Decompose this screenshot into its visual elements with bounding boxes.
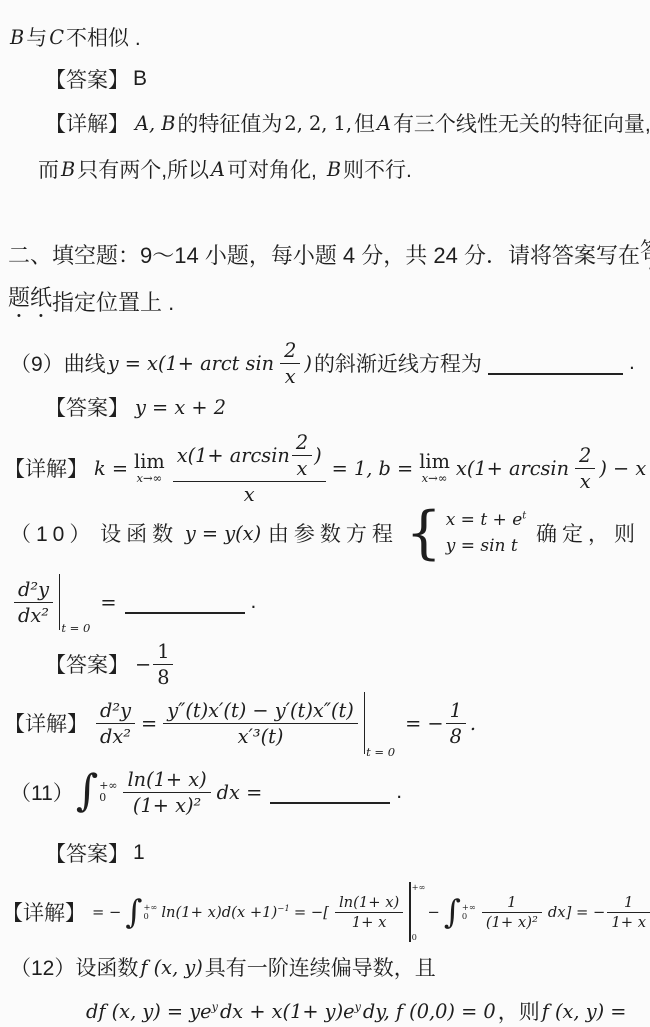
eval-bar: t = 0 [59, 574, 90, 630]
answer-value: y = x + 2 [135, 396, 226, 419]
answer-blank [270, 802, 390, 804]
fraction-numerator: ln(1+ x) [335, 894, 403, 912]
eval-bar-subscript: t = 0 [61, 621, 90, 635]
superscript: −1 [277, 904, 290, 914]
cn-fragment: ，则 [498, 996, 540, 1026]
integral-limits: +∞ 0 [99, 781, 117, 804]
fraction-numerator: ln(1+ x) [123, 768, 210, 792]
math-var: B [61, 158, 75, 181]
fraction: 2 x [575, 444, 595, 493]
cn-fragment: 设函数 [75, 952, 138, 982]
fraction-denominator: 1+ x [335, 912, 403, 931]
fraction: ln(1+ x) (1+ x)² [123, 768, 210, 817]
detail-label: 【详解】 [2, 897, 86, 927]
math-fragment: ) [304, 352, 312, 375]
question-9: （9） 曲线 y = x(1+ arct sin 2 x ) 的斜渐近线方程为 … [10, 336, 635, 390]
integral-symbol: ∫ [125, 896, 142, 929]
fraction-numerator: 2 [575, 444, 595, 468]
integral-symbol: ∫ [444, 896, 461, 929]
question-number: （9） [10, 348, 64, 378]
integral-limits: +∞ 0 [143, 903, 157, 920]
parametric-equations: { x = t + et y = sin t [406, 509, 529, 557]
question-number: （12） [10, 952, 75, 982]
math-var: A, B [135, 112, 175, 135]
superscript: y [212, 1000, 218, 1013]
limit-word: lim [134, 452, 165, 472]
fraction: y″(t)x′(t) − y′(t)x″(t) x′³(t) [163, 699, 358, 748]
answer-value: B [133, 67, 147, 91]
cn-fragment: 而 [38, 154, 59, 184]
math-num: 2, 2, 1, [284, 112, 352, 135]
math-fragment: ) − x = 2 . [599, 457, 650, 480]
section-title: 指定位置上 . [52, 286, 174, 317]
answer-label: 【答案】 [45, 392, 129, 422]
math-fragment: dy, f (0,0) = 0 [363, 1000, 496, 1023]
fraction: d²y dx² [14, 578, 53, 627]
cn-fragment: 有三个线性无关的特征向量, [393, 108, 650, 138]
fraction-denominator: dx² [14, 602, 53, 627]
fraction: 2 x [292, 431, 312, 480]
cn-fragment: 只有两个,所以 [77, 154, 209, 184]
fraction-denominator: dx² [96, 723, 135, 748]
cn-fragment: 则不行. [343, 154, 412, 184]
math-fragment: x(1+ arcsin [456, 457, 569, 480]
fraction: 1 1+ x [607, 894, 650, 931]
integral-lower: 0 [99, 793, 117, 804]
fraction: x(1+ arcsin 2 x ) x [173, 431, 326, 506]
detail-line-9: 【详解】 k = lim x→∞ x(1+ arcsin 2 x ) x = 1… [4, 432, 650, 504]
eval-bar: t = 0 [364, 692, 395, 754]
fraction-numerator: y″(t)x′(t) − y′(t)x″(t) [163, 699, 358, 723]
math-fragment: y = sin t [446, 536, 527, 556]
integral: ∫ +∞ 0 [76, 770, 118, 813]
integral-limits: +∞ 0 [462, 903, 476, 920]
math-fragment: k = [94, 457, 128, 480]
answer-blank [488, 373, 623, 375]
cases-rows: x = t + et y = sin t [444, 510, 529, 556]
cn-fragment: 的斜渐近线方程为 [314, 348, 482, 378]
fraction-denominator: x [292, 455, 312, 480]
math-var: A [377, 112, 391, 135]
detail-line-8a: 【详解】 A, B 的特征值为 2, 2, 1, 但 A 有三个线性无关的特征向… [45, 108, 650, 138]
cases-brace: { [406, 509, 442, 557]
document-page: B 与 C 不相似 . 【答案】 B 【详解】 A, B 的特征值为 2, 2,… [0, 0, 650, 1027]
integral-upper: +∞ [143, 903, 157, 911]
question-number: （10） [10, 518, 95, 548]
integral-symbol: ∫ [76, 770, 98, 813]
fraction-denominator: 8 [446, 723, 466, 748]
answer-label: 【答案】 [45, 649, 129, 679]
fraction-numerator: d²y [96, 699, 135, 723]
eval-bar-line [59, 574, 60, 630]
eval-bar-line [409, 882, 410, 942]
question-number: （11） [10, 777, 74, 807]
math-fragment: dx] = − [548, 904, 606, 921]
fraction: 1 8 [446, 699, 466, 748]
answer-value: 1 [133, 841, 145, 865]
answer-line-11: 【答案】 1 [45, 838, 145, 868]
limit-operator: lim x→∞ [134, 452, 165, 483]
period: . [251, 590, 257, 614]
integral-upper: +∞ [99, 781, 117, 792]
math-fragment: − [135, 653, 151, 676]
fraction-denominator: x [173, 481, 326, 506]
math-fragment: = [141, 712, 157, 735]
eval-bar-line [364, 692, 365, 754]
superscript: t [522, 510, 526, 521]
fraction-denominator: 1+ x [607, 912, 650, 931]
math-fragment: f (x, y) [140, 956, 202, 979]
math-fragment: ln(1+ x)d(x +1)−1 [161, 904, 290, 921]
detail-line-11: 【详解】 = − ∫ +∞ 0 ln(1+ x)d(x +1)−1 = −[ l… [2, 882, 650, 942]
limit-word: lim [419, 452, 450, 472]
cn-fragment: 设函数 [100, 518, 178, 548]
answer-line-10: 【答案】 − 1 8 [45, 640, 177, 688]
fraction: 1 8 [153, 640, 173, 689]
math-fragment: f (x, y) = [542, 1000, 627, 1023]
math-var: A [211, 158, 225, 181]
section-heading-line1: 二、填空题：9～14 小题，每小题 4 分，共 24 分．请将答案写在答 [8, 234, 650, 275]
question-12-line1: （12） 设函数 f (x, y) 具有一阶连续偏导数，且 [10, 952, 436, 982]
period: . [470, 712, 476, 735]
math-fragment: = [100, 591, 116, 614]
section-title-emphasis: 答 [640, 234, 650, 275]
fraction-numerator: 1 [620, 894, 637, 912]
fraction-numerator: 2 [292, 431, 312, 455]
integral-upper: +∞ [462, 903, 476, 911]
math-fragment: y = y(x) [185, 522, 261, 545]
fraction: 1 (1+ x)² [482, 894, 542, 931]
cn-fragment: 可对角化, [227, 154, 317, 184]
question-12-line2: df (x, y) = yey dx + x(1+ y)ey dy, f (0,… [84, 996, 650, 1026]
eval-bar-limits: +∞ 0 [412, 882, 426, 942]
cn-fragment: 曲线 [64, 348, 106, 378]
superscript: y [355, 1000, 361, 1013]
section-title-emphasis: 题纸 [8, 281, 52, 322]
question-10-expression: d²y dx² t = 0 = . [10, 574, 256, 630]
answer-label: 【答案】 [45, 838, 129, 868]
fraction-numerator: 2 [280, 339, 300, 363]
math-fragment: = − [405, 712, 444, 735]
section-title: 二、填空题：9～14 小题，每小题 4 分，共 24 分．请将答案写在 [8, 239, 640, 270]
detail-label: 【详解】 [4, 453, 88, 483]
cn-fragment: 不相似 . [66, 22, 141, 52]
fraction-numerator: 1 [153, 640, 173, 664]
fraction: ln(1+ x) 1+ x [335, 894, 403, 931]
answer-label: 【答案】 [45, 64, 129, 94]
fraction-numerator: 1 [503, 894, 520, 912]
math-fragment: x = t + et [446, 510, 527, 530]
detail-label: 【详解】 [4, 708, 88, 738]
answer-line-8: 【答案】 B [45, 64, 147, 94]
fraction-numerator: x(1+ arcsin 2 x ) [173, 431, 326, 481]
cn-fragment: 由参数方程 [268, 518, 398, 548]
eval-bar: +∞ 0 [409, 882, 425, 942]
integral-lower: 0 [143, 912, 157, 920]
math-var: B [327, 158, 341, 181]
period: . [629, 351, 635, 375]
fraction-denominator: (1+ x)² [123, 792, 210, 817]
integral: ∫ +∞ 0 [125, 896, 157, 929]
limit-subscript: x→∞ [422, 472, 448, 484]
limit-subscript: x→∞ [136, 472, 162, 484]
detail-line-8b: 而 B 只有两个,所以 A 可对角化, B 则不行. [38, 154, 412, 184]
math-fragment: df (x, y) = yey [86, 1000, 218, 1023]
prev-solution-tail: B 与 C 不相似 . [8, 22, 141, 52]
eval-bar-subscript: t = 0 [366, 745, 395, 759]
period: . [396, 780, 402, 804]
math-fragment: dx + x(1+ y)ey [220, 1000, 361, 1023]
math-fragment: = −[ [294, 904, 329, 921]
math-var: B [10, 26, 24, 49]
question-10: （10） 设函数 y = y(x) 由参数方程 { x = t + et y =… [10, 504, 640, 562]
fraction: 2 x [280, 339, 300, 388]
fraction-denominator: x [575, 468, 595, 493]
answer-line-9: 【答案】 y = x + 2 [45, 392, 228, 422]
answer-blank [125, 612, 245, 614]
math-fragment: = − [92, 904, 121, 921]
question-11: （11） ∫ +∞ 0 ln(1+ x) (1+ x)² dx = . [10, 766, 402, 818]
cn-fragment: 与 [26, 22, 47, 52]
math-fragment: y = x(1+ arct sin [108, 352, 274, 375]
math-fragment: = 1, b = [332, 457, 414, 480]
limit-operator: lim x→∞ [419, 452, 450, 483]
fraction-numerator: d²y [14, 578, 53, 602]
fraction-denominator: x [280, 363, 300, 388]
cn-fragment: 但 [354, 108, 375, 138]
detail-line-10: 【详解】 d²y dx² = y″(t)x′(t) − y′(t)x″(t) x… [4, 692, 478, 754]
cn-fragment: 的特征值为 [177, 108, 282, 138]
fraction-denominator: 8 [153, 664, 173, 689]
math-fragment: − [427, 904, 439, 921]
integral-lower: 0 [462, 912, 476, 920]
fraction: d²y dx² [96, 699, 135, 748]
math-var: C [49, 26, 64, 49]
eval-upper: +∞ [412, 883, 426, 891]
detail-label: 【详解】 [45, 108, 129, 138]
fraction-denominator: (1+ x)² [482, 912, 542, 931]
cn-fragment: 具有一阶连续偏导数，且 [205, 952, 436, 982]
math-fragment: ) [314, 444, 322, 467]
integral: ∫ +∞ 0 [444, 896, 476, 929]
eval-lower: 0 [412, 933, 426, 941]
fraction-numerator: 1 [446, 699, 466, 723]
math-fragment: dx = [217, 781, 263, 804]
math-fragment: x(1+ arcsin [177, 444, 290, 467]
section-heading-line2: 题纸指定位置上 . [8, 281, 174, 322]
fraction-denominator: x′³(t) [163, 723, 358, 748]
cn-fragment: 确定，则 [536, 518, 640, 548]
